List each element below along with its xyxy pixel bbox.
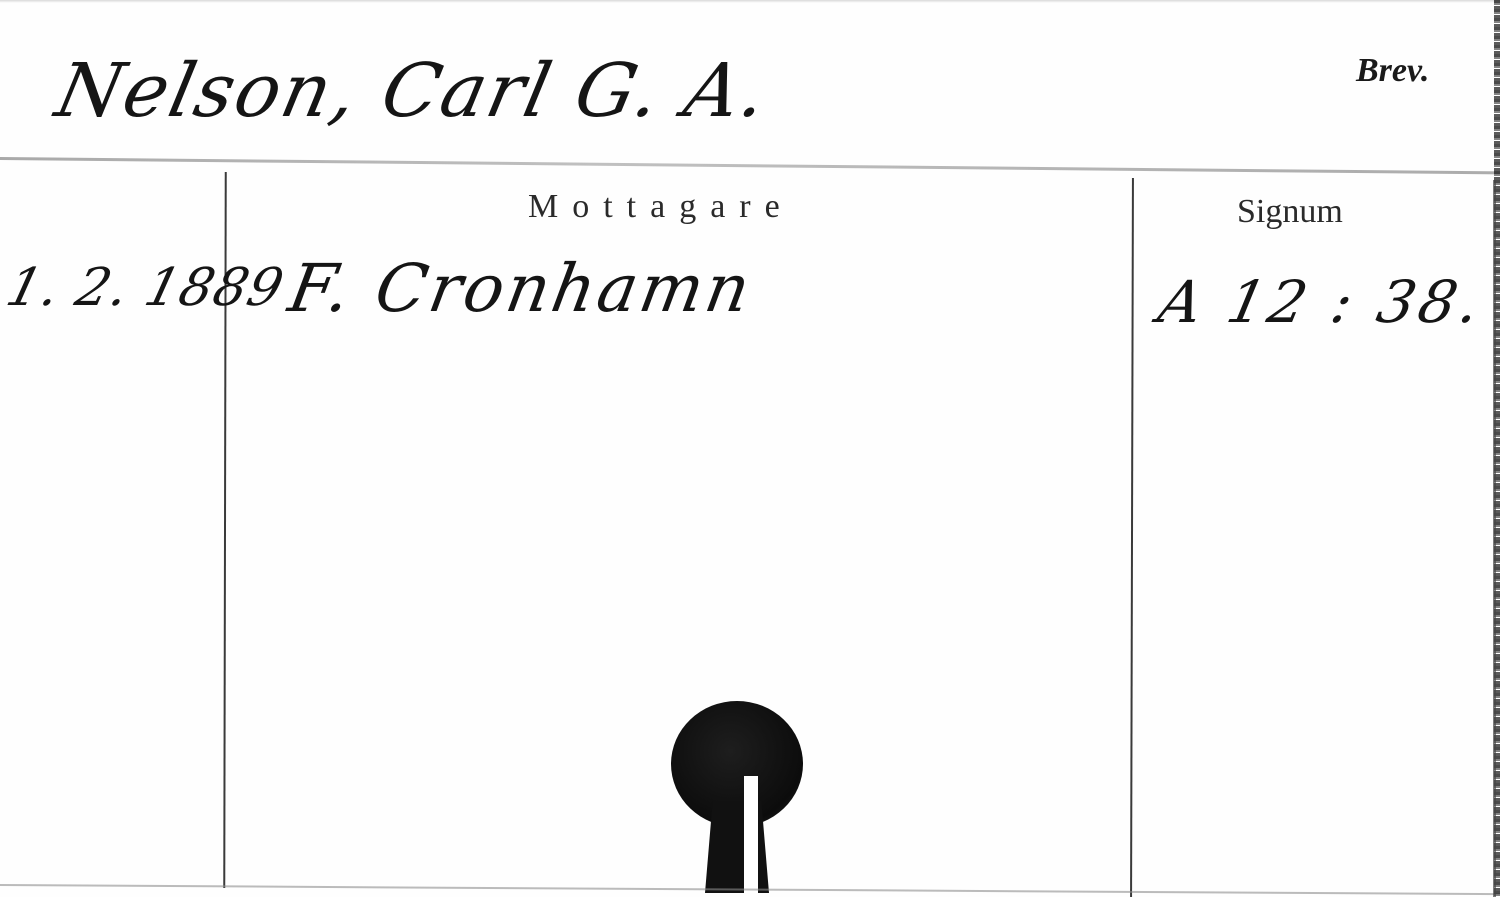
index-card: Nelson, Carl G. A. Brev. Mottagare Signu… (0, 0, 1500, 897)
recipient-column-header: Mottagare (528, 188, 794, 226)
card-top-edge (0, 0, 1500, 3)
signum-column-header: Signum (1237, 193, 1343, 231)
entry-recipient: F. Cronhamn (283, 250, 758, 327)
punch-stem (705, 801, 769, 893)
entry-signum: A 12 : 38. (1153, 268, 1490, 336)
entry-date: 1. 2. 1889 (1, 258, 291, 318)
category-label: Brev. (1356, 52, 1429, 90)
card-right-edge-shadow (1493, 180, 1496, 897)
punch-slot (744, 776, 758, 897)
person-name-handwritten: Nelson, Carl G. A. (49, 48, 777, 134)
signum-column-divider (1130, 178, 1134, 897)
keyhole-punch-icon (671, 701, 803, 897)
